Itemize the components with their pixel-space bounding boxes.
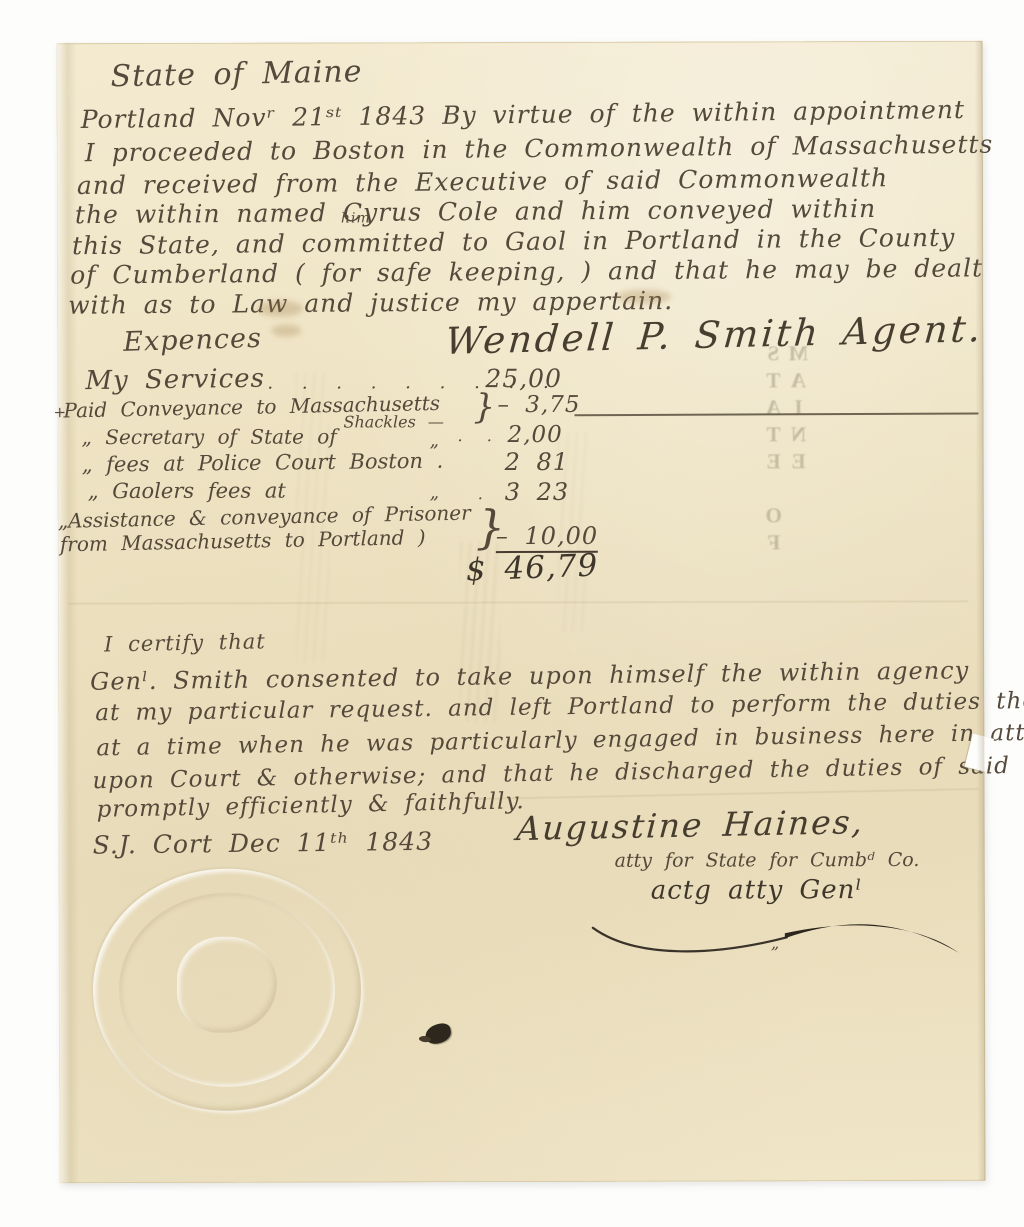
expense-label: „ fees at Police Court Boston . [81, 449, 443, 477]
embossed-seal-ring [119, 892, 336, 1087]
attorney-signature: Augustine Haines, [515, 802, 865, 848]
ink-smudge [271, 325, 301, 337]
paper-crease [68, 601, 968, 604]
expense-amount: – 3,75 [497, 392, 580, 418]
ditto-mark: „ [430, 482, 440, 503]
ink-smudge [257, 301, 303, 317]
manuscript-paper: STATE OF MAINE State of Maine Portland N… [57, 41, 986, 1183]
ink-smudge [617, 290, 671, 304]
expenses-total: $ 46,79 [465, 548, 599, 589]
certification-intro: I certify that [104, 629, 266, 656]
ink-blot [423, 1022, 452, 1046]
leader-dots: . . [458, 426, 498, 445]
expense-label: My Services [85, 364, 265, 396]
certification-date: S.J. Cort Dec 11ᵗʰ 1843 [92, 827, 433, 860]
document-heading: State of Maine [110, 54, 362, 94]
ghost-stamp-state-of-maine: STATE OF MAINE [761, 341, 802, 681]
expense-amount: 2,00 [508, 422, 563, 448]
brace: } [473, 387, 496, 427]
expense-amount: 25,00 [485, 364, 562, 393]
body-line: of Cumberland ( for safe keeping, ) and … [70, 253, 983, 289]
scanned-document-page: STATE OF MAINE State of Maine Portland N… [0, 0, 1024, 1227]
signature-flourish [587, 893, 967, 974]
body-line: Portland Novʳ 21ˢᵗ 1843 By virtue of the… [81, 95, 966, 134]
attorney-title: atty for State for Cumbᵈ Co. [615, 849, 920, 872]
expense-label: „ Secretary of State of [82, 424, 337, 449]
expense-amount: 2 81 [505, 448, 570, 476]
expense-label: „ Gaolers fees at [88, 479, 286, 504]
embossed-seal-crest [177, 937, 277, 1033]
expenses-heading: Expences [123, 323, 262, 358]
interlined-word: him [341, 210, 371, 226]
interlined-word: Shackles — [343, 412, 443, 431]
embossed-seal [93, 868, 362, 1111]
certification-line: promptly efficiently & faithfully. [96, 788, 525, 823]
body-line: I proceeded to Boston in the Commonwealt… [85, 130, 994, 168]
expense-amount: 3 23 [505, 478, 570, 506]
body-line: with as to Law and justice my appertain. [68, 286, 673, 320]
paper-crease [479, 788, 979, 799]
